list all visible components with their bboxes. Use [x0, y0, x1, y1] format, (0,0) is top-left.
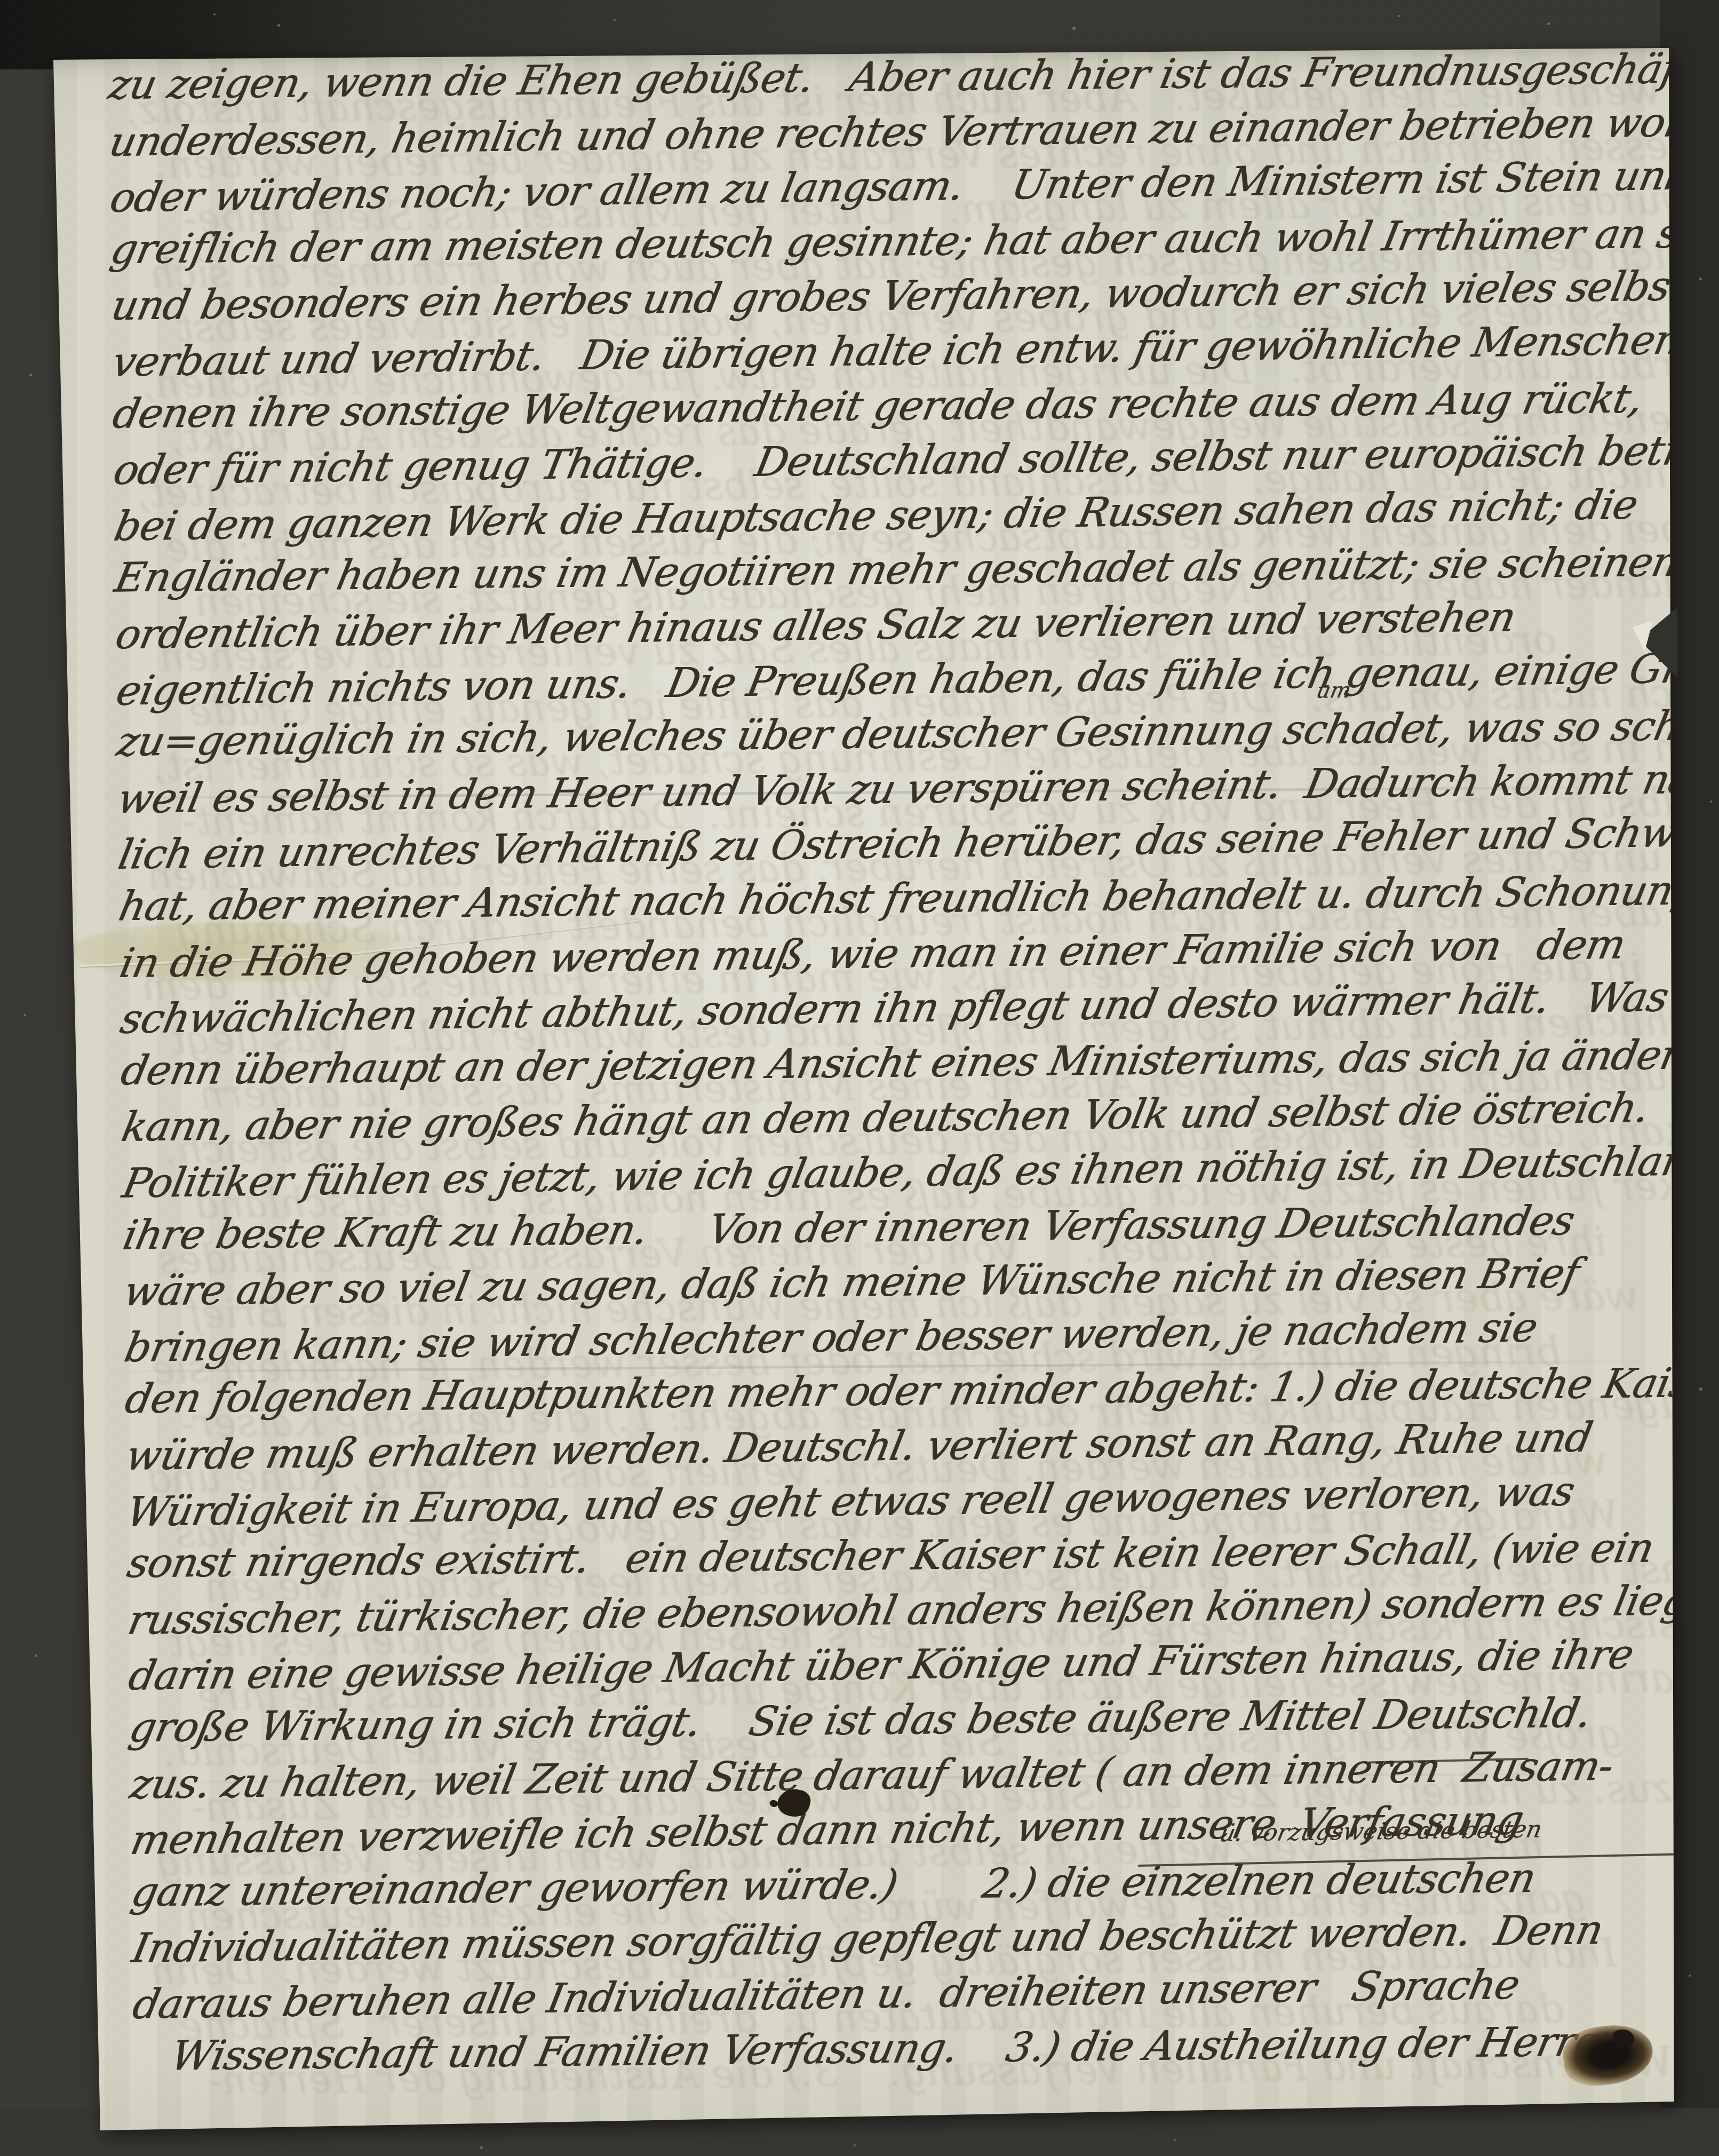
dust-speck	[1699, 1388, 1702, 1391]
dust-speck	[854, 2144, 856, 2146]
dust-speck	[35, 1654, 37, 1657]
dust-speck	[1174, 2139, 1176, 2141]
letter-sheet-wrap: um ü. vorzugsweise die besten zu zeigen,…	[0, 0, 1719, 2156]
dust-speck	[24, 1014, 26, 1016]
letter-sheet: um ü. vorzugsweise die besten zu zeigen,…	[0, 0, 1719, 2156]
scan-stage: um ü. vorzugsweise die besten zu zeigen,…	[0, 0, 1719, 2156]
paper-fiber	[214, 49, 222, 59]
handwriting-block: um ü. vorzugsweise die besten zu zeigen,…	[109, 43, 1719, 2106]
dust-speck	[614, 19, 616, 21]
dust-speck	[480, 2146, 483, 2149]
dust-speck	[29, 374, 32, 376]
dust-speck	[213, 13, 216, 15]
dust-speck	[1699, 278, 1702, 280]
dust-speck	[277, 24, 280, 27]
dust-speck	[1398, 15, 1400, 17]
dust-speck	[1072, 27, 1076, 30]
dust-speck	[1710, 800, 1712, 803]
dust-speck	[1689, 1975, 1691, 1977]
dust-speck	[1547, 22, 1550, 25]
